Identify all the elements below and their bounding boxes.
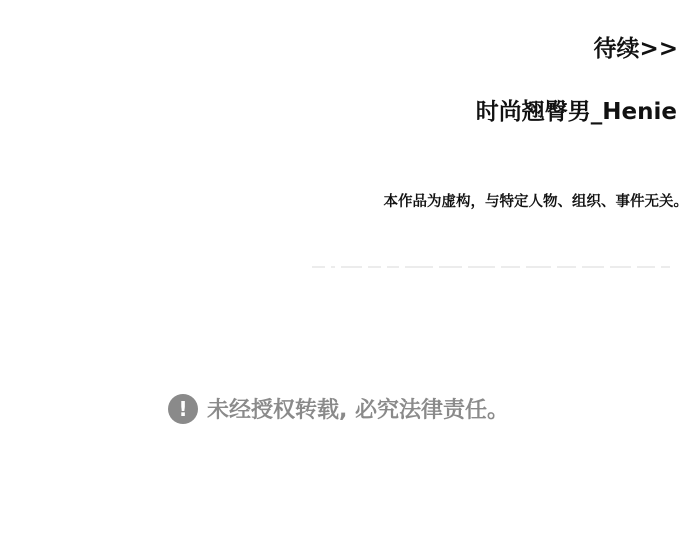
copyright-notice: ! 未经授权转载, 必究法律责任。 bbox=[168, 393, 509, 424]
copyright-text: 未经授权转载, 必究法律责任。 bbox=[207, 393, 509, 424]
faint-text-artifact bbox=[312, 266, 670, 269]
author-name: 时尚翘臀男_Henie bbox=[476, 93, 677, 126]
exclamation-circle-icon: ! bbox=[168, 394, 198, 424]
fiction-disclaimer: 本作品为虚构，与特定人物、组织、事件无关。 bbox=[384, 190, 689, 211]
to-be-continued-label: 待续>> bbox=[593, 30, 678, 63]
